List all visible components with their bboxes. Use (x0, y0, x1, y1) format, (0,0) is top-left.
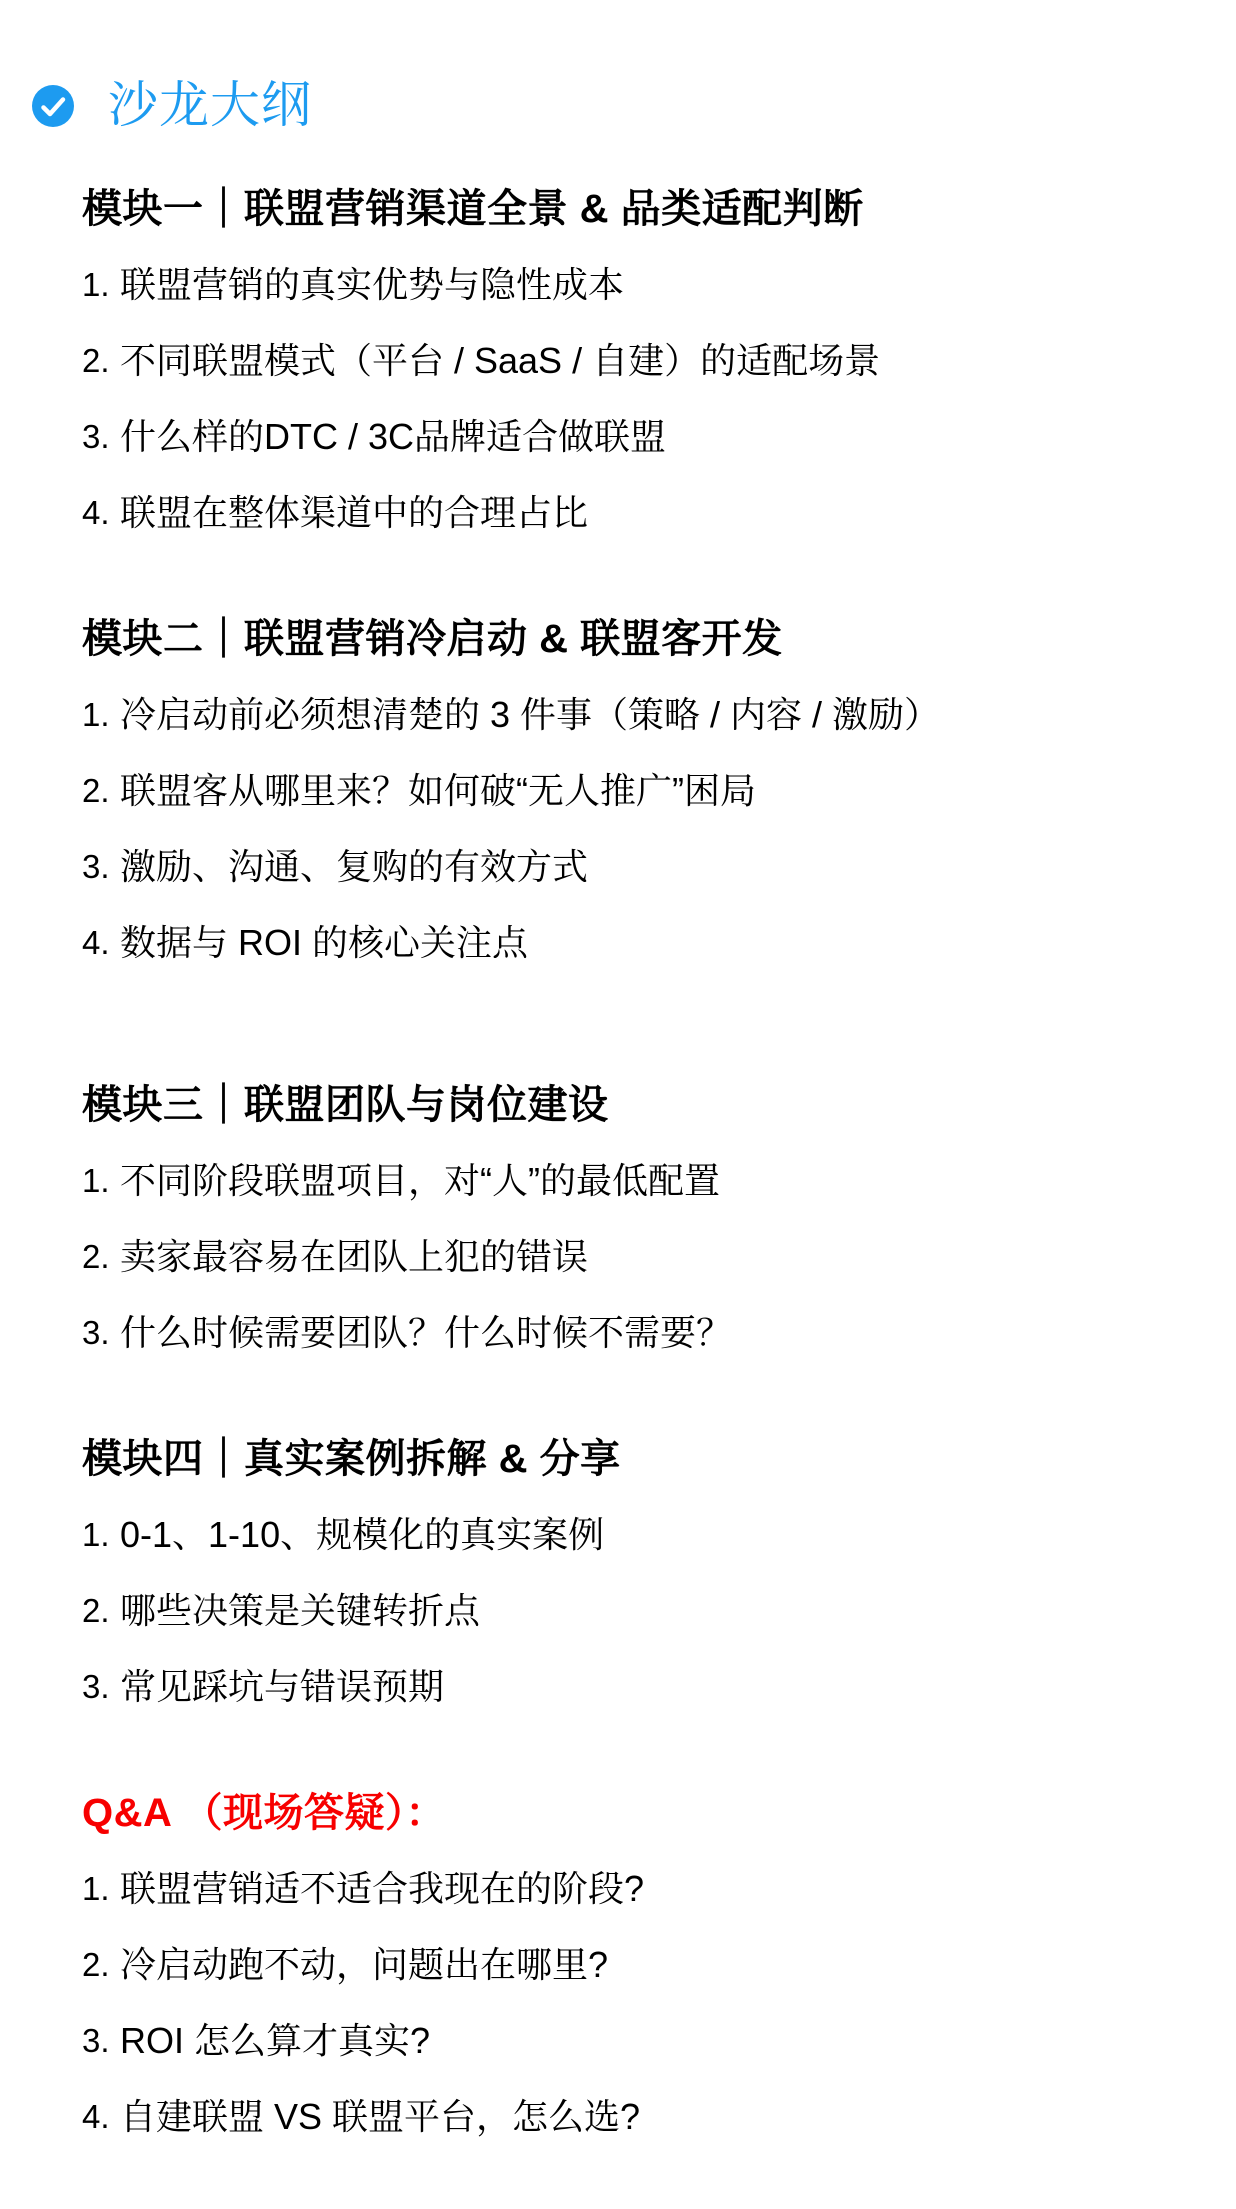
list-item-number: 4. (82, 2095, 120, 2139)
list-item-number: 2. (82, 1943, 120, 1987)
module-3-heading: 模块三｜联盟团队与岗位建设 (82, 1081, 1176, 1129)
list-item: 4. 数据与 ROI 的核心关注点 (82, 921, 1176, 965)
module-4-heading: 模块四｜真实案例拆解 & 分享 (82, 1435, 1176, 1483)
qa-list: 1. 联盟营销适不适合我现在的阶段? 2. 冷启动跑不动，问题出在哪里? 3. … (82, 1867, 1176, 2139)
list-item-number: 1. (82, 1159, 120, 1203)
list-item-number: 3. (82, 1311, 120, 1355)
list-item-number: 1. (82, 1513, 120, 1557)
list-item-text: 常见踩坑与错误预期 (120, 1665, 1176, 1709)
list-item: 3. 什么样的DTC / 3C品牌适合做联盟 (82, 415, 1176, 459)
section-qa: Q&A （现场答疑）： 1. 联盟营销适不适合我现在的阶段? 2. 冷启动跑不动… (82, 1789, 1176, 2139)
page-header: 沙龙大纲 (0, 0, 1236, 133)
check-circle-icon (32, 85, 74, 127)
list-item-number: 1. (82, 693, 120, 737)
list-item-text: 0-1、1-10、规模化的真实案例 (120, 1513, 1176, 1557)
list-item-number: 1. (82, 263, 120, 307)
list-item-number: 2. (82, 1235, 120, 1279)
list-item: 1. 联盟营销适不适合我现在的阶段? (82, 1867, 1176, 1911)
list-item-text: 冷启动前必须想清楚的 3 件事（策略 / 内容 / 激励） (120, 693, 1176, 737)
list-item-text: 激励、沟通、复购的有效方式 (120, 845, 1176, 889)
list-item: 3. 激励、沟通、复购的有效方式 (82, 845, 1176, 889)
list-item-number: 3. (82, 415, 120, 459)
list-item: 3. 常见踩坑与错误预期 (82, 1665, 1176, 1709)
module-2-heading: 模块二｜联盟营销冷启动 & 联盟客开发 (82, 615, 1176, 663)
list-item-text: 不同联盟模式（平台 / SaaS / 自建）的适配场景 (120, 339, 1176, 383)
list-item-text: 什么时候需要团队？什么时候不需要？ (120, 1311, 1176, 1355)
list-item: 3. ROI 怎么算才真实? (82, 2019, 1176, 2063)
list-item: 3. 什么时候需要团队？什么时候不需要？ (82, 1311, 1176, 1355)
list-item-text: 哪些决策是关键转折点 (120, 1589, 1176, 1633)
list-item: 1. 联盟营销的真实优势与隐性成本 (82, 263, 1176, 307)
outline-content: 模块一｜联盟营销渠道全景 & 品类适配判断 1. 联盟营销的真实优势与隐性成本 … (0, 185, 1236, 2209)
module-4-list: 1. 0-1、1-10、规模化的真实案例 2. 哪些决策是关键转折点 3. 常见… (82, 1513, 1176, 1709)
module-3-list: 1. 不同阶段联盟项目，对“人”的最低配置 2. 卖家最容易在团队上犯的错误 3… (82, 1159, 1176, 1355)
list-item-number: 3. (82, 1665, 120, 1709)
section-module-4: 模块四｜真实案例拆解 & 分享 1. 0-1、1-10、规模化的真实案例 2. … (82, 1435, 1176, 1709)
list-item: 4. 自建联盟 VS 联盟平台，怎么选? (82, 2095, 1176, 2139)
list-item: 1. 冷启动前必须想清楚的 3 件事（策略 / 内容 / 激励） (82, 693, 1176, 737)
list-item-number: 4. (82, 921, 120, 965)
list-item: 1. 不同阶段联盟项目，对“人”的最低配置 (82, 1159, 1176, 1203)
list-item-text: 联盟营销适不适合我现在的阶段? (120, 1867, 1176, 1911)
list-item-text: ROI 怎么算才真实? (120, 2019, 1176, 2063)
list-item: 2. 卖家最容易在团队上犯的错误 (82, 1235, 1176, 1279)
list-item: 2. 联盟客从哪里来？如何破“无人推广”困局 (82, 769, 1176, 813)
list-item: 2. 哪些决策是关键转折点 (82, 1589, 1176, 1633)
list-item-number: 2. (82, 1589, 120, 1633)
list-item: 1. 0-1、1-10、规模化的真实案例 (82, 1513, 1176, 1557)
module-1-heading: 模块一｜联盟营销渠道全景 & 品类适配判断 (82, 185, 1176, 233)
module-2-list: 1. 冷启动前必须想清楚的 3 件事（策略 / 内容 / 激励） 2. 联盟客从… (82, 693, 1176, 965)
list-item-text: 卖家最容易在团队上犯的错误 (120, 1235, 1176, 1279)
list-item-number: 1. (82, 1867, 120, 1911)
section-module-2: 模块二｜联盟营销冷启动 & 联盟客开发 1. 冷启动前必须想清楚的 3 件事（策… (82, 615, 1176, 965)
list-item-number: 4. (82, 491, 120, 535)
outline-page: 沙龙大纲 模块一｜联盟营销渠道全景 & 品类适配判断 1. 联盟营销的真实优势与… (0, 0, 1236, 2209)
list-item-text: 冷启动跑不动，问题出在哪里? (120, 1943, 1176, 1987)
list-item-text: 联盟客从哪里来？如何破“无人推广”困局 (120, 769, 1176, 813)
list-item-text: 不同阶段联盟项目，对“人”的最低配置 (120, 1159, 1176, 1203)
page-title: 沙龙大纲 (108, 78, 312, 133)
list-item-number: 2. (82, 339, 120, 383)
list-item-text: 数据与 ROI 的核心关注点 (120, 921, 1176, 965)
list-item-number: 3. (82, 845, 120, 889)
list-item-number: 3. (82, 2019, 120, 2063)
list-item: 4. 联盟在整体渠道中的合理占比 (82, 491, 1176, 535)
list-item-number: 2. (82, 769, 120, 813)
list-item: 2. 不同联盟模式（平台 / SaaS / 自建）的适配场景 (82, 339, 1176, 383)
section-module-3: 模块三｜联盟团队与岗位建设 1. 不同阶段联盟项目，对“人”的最低配置 2. 卖… (82, 1081, 1176, 1355)
list-item-text: 联盟营销的真实优势与隐性成本 (120, 263, 1176, 307)
section-module-1: 模块一｜联盟营销渠道全景 & 品类适配判断 1. 联盟营销的真实优势与隐性成本 … (82, 185, 1176, 535)
list-item-text: 自建联盟 VS 联盟平台，怎么选? (120, 2095, 1176, 2139)
list-item: 2. 冷启动跑不动，问题出在哪里? (82, 1943, 1176, 1987)
module-1-list: 1. 联盟营销的真实优势与隐性成本 2. 不同联盟模式（平台 / SaaS / … (82, 263, 1176, 535)
qa-heading: Q&A （现场答疑）： (82, 1789, 1176, 1837)
list-item-text: 联盟在整体渠道中的合理占比 (120, 491, 1176, 535)
list-item-text: 什么样的DTC / 3C品牌适合做联盟 (120, 415, 1176, 459)
